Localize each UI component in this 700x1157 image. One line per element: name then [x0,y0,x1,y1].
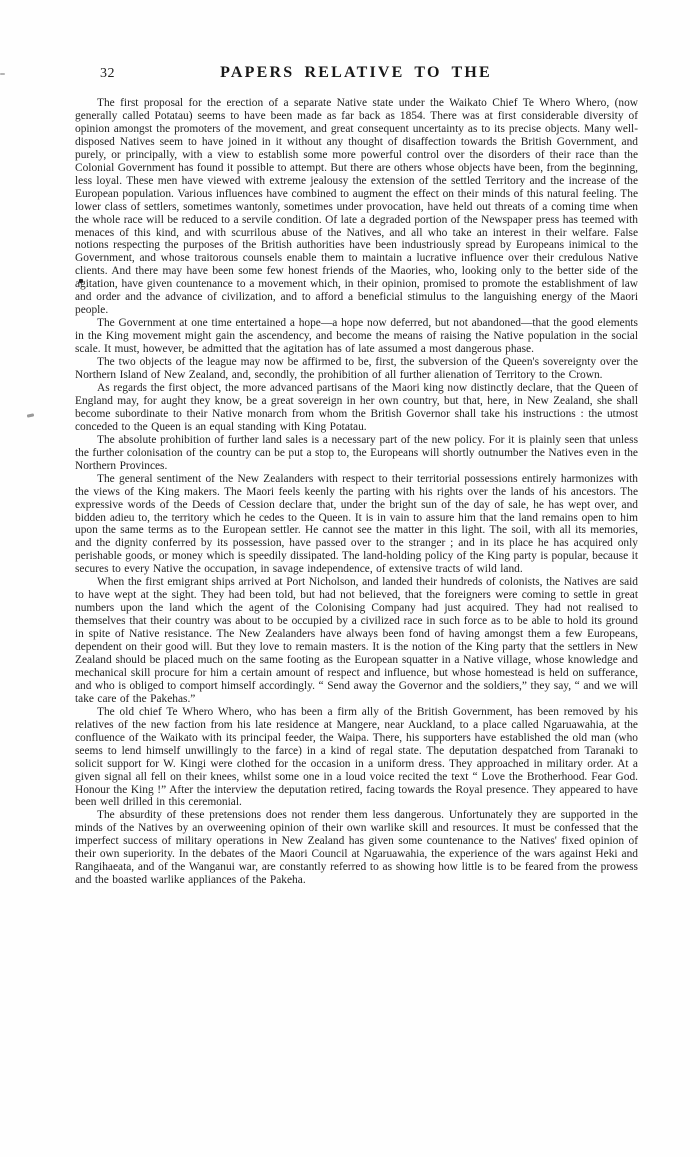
paragraph-1: The first proposal for the erection of a… [75,97,638,317]
paragraph-2: The Government at one time entertained a… [75,317,638,356]
page-header: 32 PAPERS RELATIVE TO THE [75,64,637,88]
document-body: The first proposal for the erection of a… [75,97,638,887]
paragraph-5: The absolute prohibition of further land… [75,434,638,473]
page-title: PAPERS RELATIVE TO THE [75,64,637,82]
document-page: 32 PAPERS RELATIVE TO THE The first prop… [0,0,700,1157]
paragraph-9: The absurdity of these pretensions does … [75,809,638,887]
paragraph-8: The old chief Te Whero Whero, who has be… [75,706,638,810]
scan-edge-artifact [0,73,5,75]
paragraph-3: The two objects of the league may now be… [75,356,638,382]
paragraph-7: When the first emigrant ships arrived at… [75,576,638,706]
scan-speck-artifact [79,279,83,283]
paragraph-6: The general sentiment of the New Zealand… [75,473,638,577]
paragraph-4: As regards the first object, the more ad… [75,382,638,434]
scan-tick-artifact [27,413,34,417]
